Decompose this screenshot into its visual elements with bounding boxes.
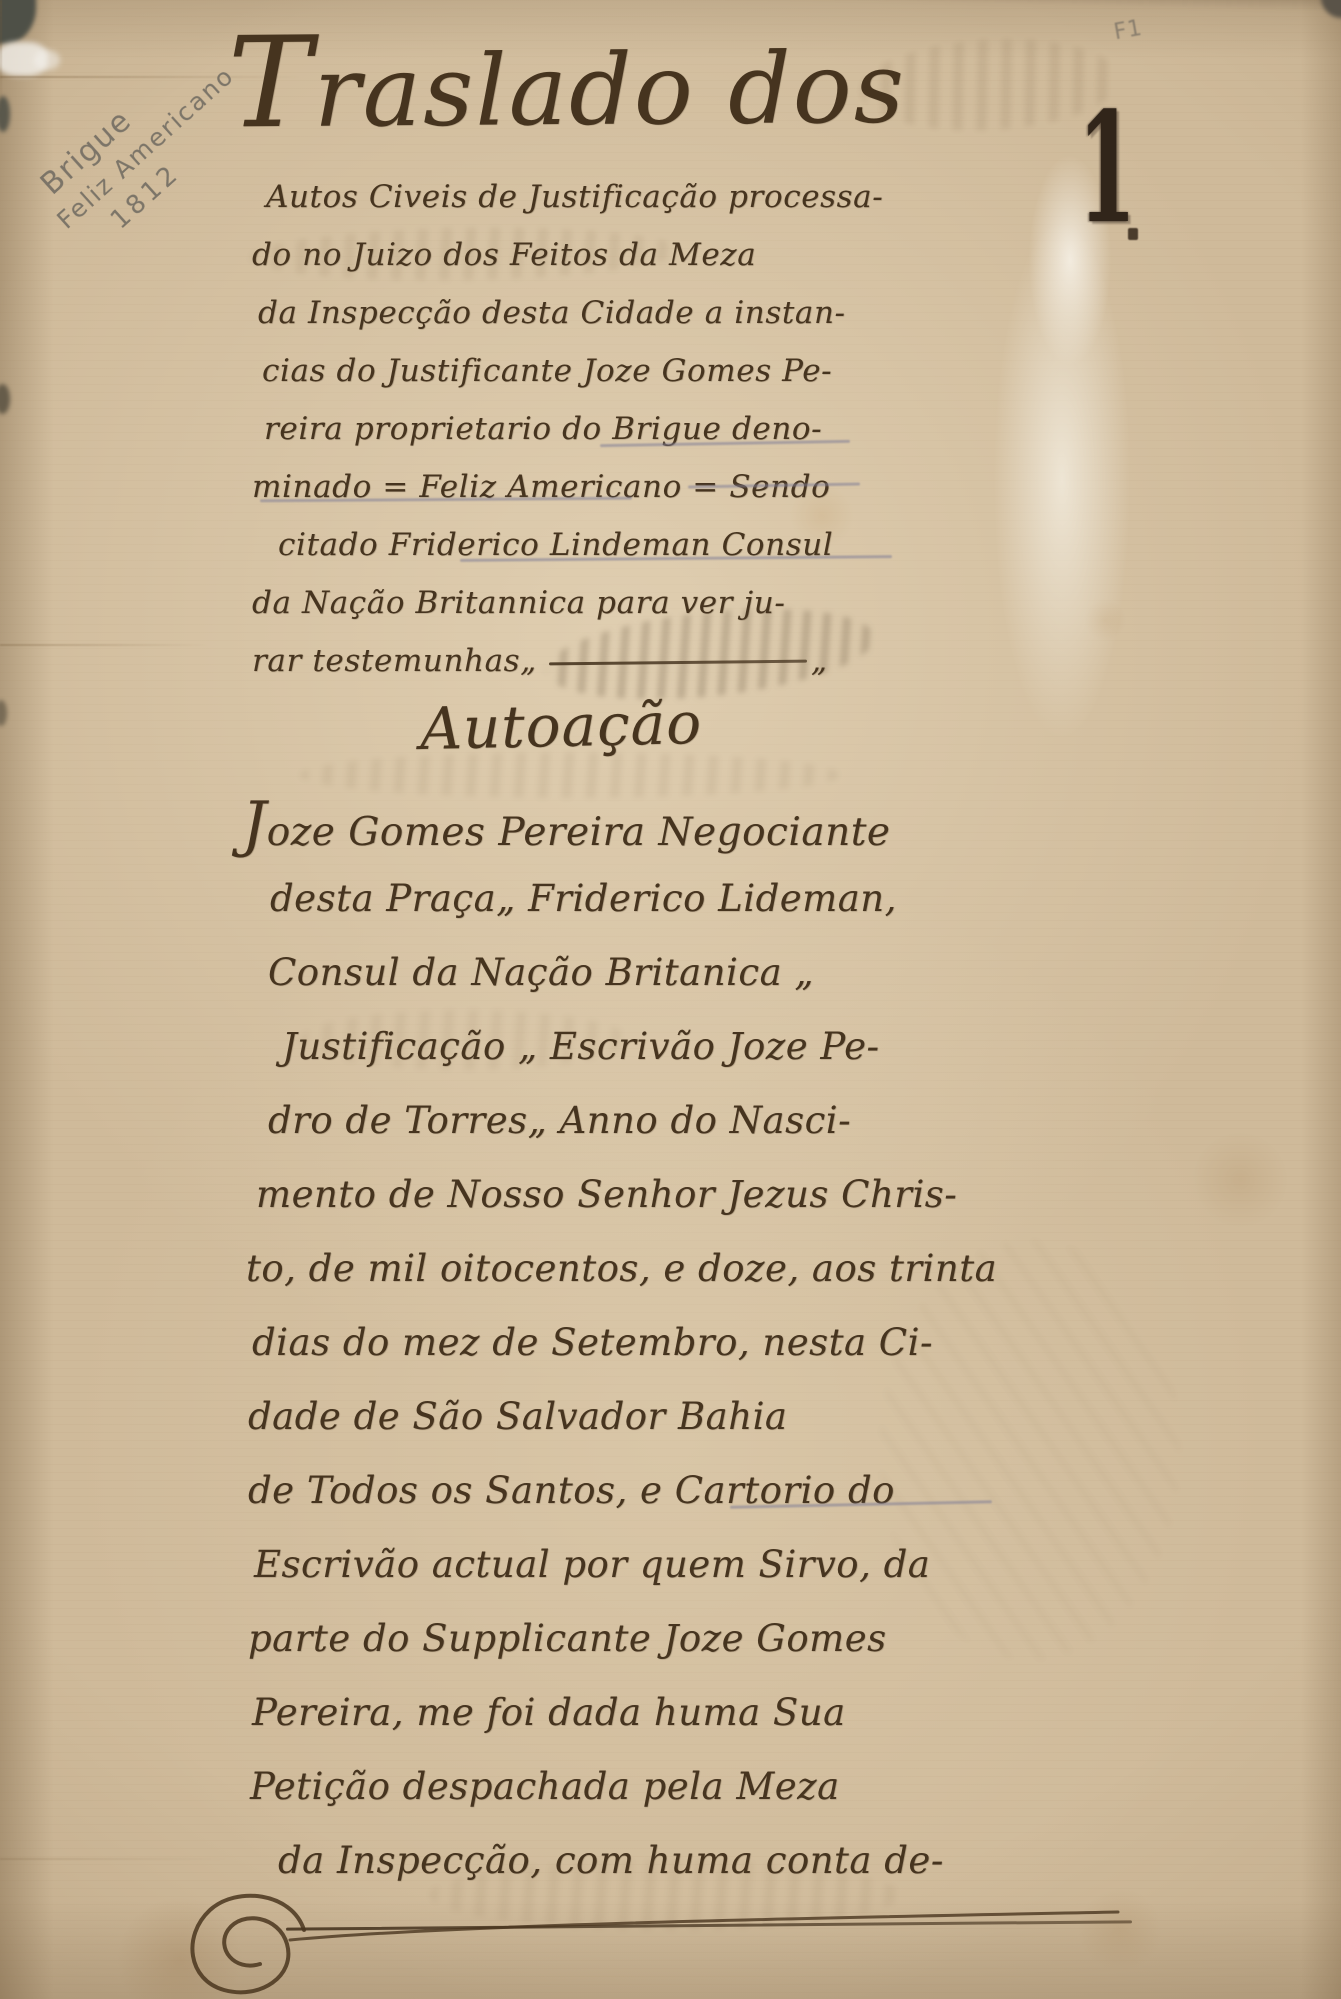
section-heading: Autoação [419,689,702,763]
manuscript-line: desta Praça„ Friderico Lideman, [270,862,1080,936]
paper-crease [0,644,210,646]
intro-paragraph: Autos Civeis de Justificação processa- d… [252,168,892,690]
manuscript-line: minado = Feliz Americano = Sendo [252,458,892,516]
manuscript-line: Justificação „ Escrivão Joze Pe- [282,1010,1080,1084]
manuscript-line: Pereira, me foi dada huma Sua [252,1676,1080,1750]
rubric-flourish [172,1886,1132,1998]
manuscript-line: cias do Justificante Joze Gomes Pe- [262,342,892,400]
manuscript-line-text: rar testemunhas„ [252,643,537,679]
document-title: Traslado dos [227,6,906,157]
paper-repair-patch [34,50,60,70]
manuscript-line: dade de São Salvador Bahia [248,1380,1080,1454]
manuscript-line: da Nação Britannica para ver ju- [252,574,892,632]
manuscript-line: citado Friderico Lindeman Consul [278,516,892,574]
manuscript-line: Consul da Nação Britanica „ [268,936,1080,1010]
manuscript-page: Brigue Feliz Americano 1812 F1 1 Traslad… [0,0,1341,1999]
manuscript-line: dias do mez de Setembro, nesta Ci- [252,1306,1080,1380]
paper-crease [0,1858,230,1860]
pencil-folio-mark: F1 [1112,16,1145,46]
binding-dark-spot [0,384,10,414]
binding-dark-spot [0,0,36,44]
manuscript-line: Petição despachada pela Meza [250,1750,1080,1824]
manuscript-line: parte do Supplicante Joze Gomes [248,1602,1080,1676]
manuscript-line: reira proprietario do Brigue deno- [264,400,892,458]
manuscript-line: do no Juizo dos Feitos da Meza [252,226,892,284]
body-paragraph: Joze Gomes Pereira Negociante desta Praç… [240,788,1080,1898]
manuscript-line: rar testemunhas„„ [252,632,892,690]
manuscript-line: da Inspecção desta Cidade a instan- [258,284,892,342]
folio-number: 1 [1078,78,1136,257]
corner-dark-spot [1321,0,1341,18]
manuscript-line: Joze Gomes Pereira Negociante [242,788,1080,862]
manuscript-line: Autos Civeis de Justificação processa- [266,168,892,226]
binding-dark-spot [0,700,7,726]
manuscript-line: mento de Nosso Senhor Jezus Chris- [256,1158,1080,1232]
manuscript-line: to, de mil oitocentos, e doze, aos trint… [246,1232,1080,1306]
paper-crease [0,0,2,118]
rule-end-mark: „ [811,643,828,679]
ink-rule [549,660,807,666]
manuscript-line: de Todos os Santos, e Cartorio do [248,1454,1080,1528]
manuscript-line: dro de Torres„ Anno do Nasci- [268,1084,1080,1158]
manuscript-line: Escrivão actual por quem Sirvo, da [254,1528,1080,1602]
